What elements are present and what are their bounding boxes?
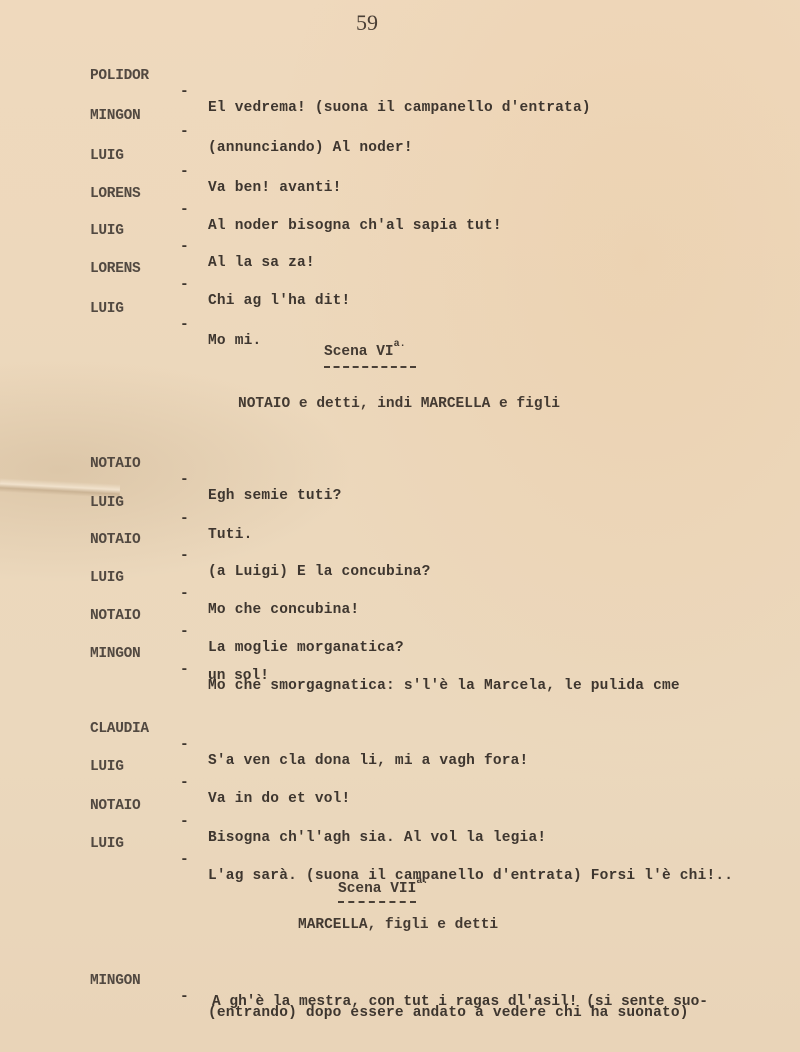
speaker-name: NOTAIO	[90, 456, 140, 472]
dialogue-dash: -	[180, 989, 189, 1005]
scene-cast-list: MARCELLA, figli e detti	[298, 917, 498, 933]
speaker-name: NOTAIO	[90, 608, 140, 624]
speech-text: Mo che smorgagnatica: s'l'è la Marcela, …	[208, 678, 680, 694]
dialogue-dash: -	[180, 124, 189, 140]
scene-heading: Scena VIa.	[324, 342, 406, 360]
speech-text: El vedrema! (suona il campanello d'entra…	[208, 100, 591, 116]
dialogue-line: MINGON - (entrando) dopo essere andato a…	[0, 957, 18, 1021]
speaker-name: POLIDOR	[90, 68, 149, 84]
speech-text: L'ag sarà. (suona il campanello d'entrat…	[208, 868, 733, 884]
dialogue-dash: -	[180, 164, 189, 180]
dialogue-dash: -	[180, 277, 189, 293]
speech-text: Chi ag l'ha dit!	[208, 293, 350, 309]
speaker-name: CLAUDIA	[90, 721, 149, 737]
speaker-name: LUIG	[90, 301, 124, 317]
speaker-name: MINGON	[90, 108, 140, 124]
speaker-name: LUIG	[90, 148, 124, 164]
speaker-name: MINGON	[90, 646, 140, 662]
speech-text: Egh semie tuti?	[208, 488, 342, 504]
scene-title-text: Scena VI	[324, 344, 394, 360]
dialogue-dash: -	[180, 548, 189, 564]
speech-text: (a Luigi) E la concubina?	[208, 564, 431, 580]
page-number: 59	[356, 10, 378, 36]
dialogue-dash: -	[180, 775, 189, 791]
scene-title-superscript: a.	[394, 339, 406, 350]
speaker-name: LUIG	[90, 223, 124, 239]
dialogue-dash: -	[180, 84, 189, 100]
scene-heading: Scena VIIa.	[338, 879, 428, 897]
dialogue-dash: -	[180, 317, 189, 333]
dialogue-dash: -	[180, 814, 189, 830]
speaker-name: MINGON	[90, 973, 140, 989]
scene-cast-list: NOTAIO e detti, indi MARCELLA e figli	[238, 396, 560, 412]
dialogue-line: LUIG - L'ag sarà. (suona il campanello d…	[0, 820, 18, 884]
speaker-name: LUIG	[90, 836, 124, 852]
speaker-name: LUIG	[90, 570, 124, 586]
dialogue-line: MINGON - Mo che smorgagnatica: s'l'è la …	[0, 630, 18, 694]
scene-heading-underline	[338, 901, 416, 903]
speech-text: Bisogna ch'l'agh sia. Al vol la legia!	[208, 830, 546, 846]
speaker-name: NOTAIO	[90, 532, 140, 548]
dialogue-dash: -	[180, 737, 189, 753]
speech-text: (annunciando) Al noder!	[208, 140, 413, 156]
speech-text: Tuti.	[208, 527, 253, 543]
speech-text: Al noder bisogna ch'al sapia tut!	[208, 218, 502, 234]
dialogue-dash: -	[180, 511, 189, 527]
speaker-name: LORENS	[90, 186, 140, 202]
speaker-name: LUIG	[90, 759, 124, 775]
speech-continuation: A gh'è la mestra, con tut i ragas dl'asi…	[212, 994, 708, 1010]
speech-text: Mo mi.	[208, 333, 261, 349]
dialogue-dash: -	[180, 472, 189, 488]
speech-text: La moglie morganatica?	[208, 640, 404, 656]
dialogue-dash: -	[180, 852, 189, 868]
speech-text: Al la sa za!	[208, 255, 315, 271]
scene-title-text: Scena VII	[338, 881, 416, 897]
speech-text: S'a ven cla dona li, mi a vagh fora!	[208, 753, 528, 769]
dialogue-dash: -	[180, 624, 189, 640]
speaker-name: NOTAIO	[90, 798, 140, 814]
scene-title-superscript: a.	[416, 876, 428, 887]
dialogue-line: LUIG - Mo mi.	[0, 285, 18, 349]
dialogue-dash: -	[180, 586, 189, 602]
speaker-name: LORENS	[90, 261, 140, 277]
speech-continuation: un sol!	[208, 668, 269, 684]
speech-text: Va ben! avanti!	[208, 180, 342, 196]
speaker-name: LUIG	[90, 495, 124, 511]
dialogue-dash: -	[180, 202, 189, 218]
speech-text: Va in do et vol!	[208, 791, 350, 807]
dialogue-dash: -	[180, 239, 189, 255]
speech-text: Mo che concubina!	[208, 602, 359, 618]
dialogue-dash: -	[180, 662, 189, 678]
scene-heading-underline	[324, 366, 416, 368]
